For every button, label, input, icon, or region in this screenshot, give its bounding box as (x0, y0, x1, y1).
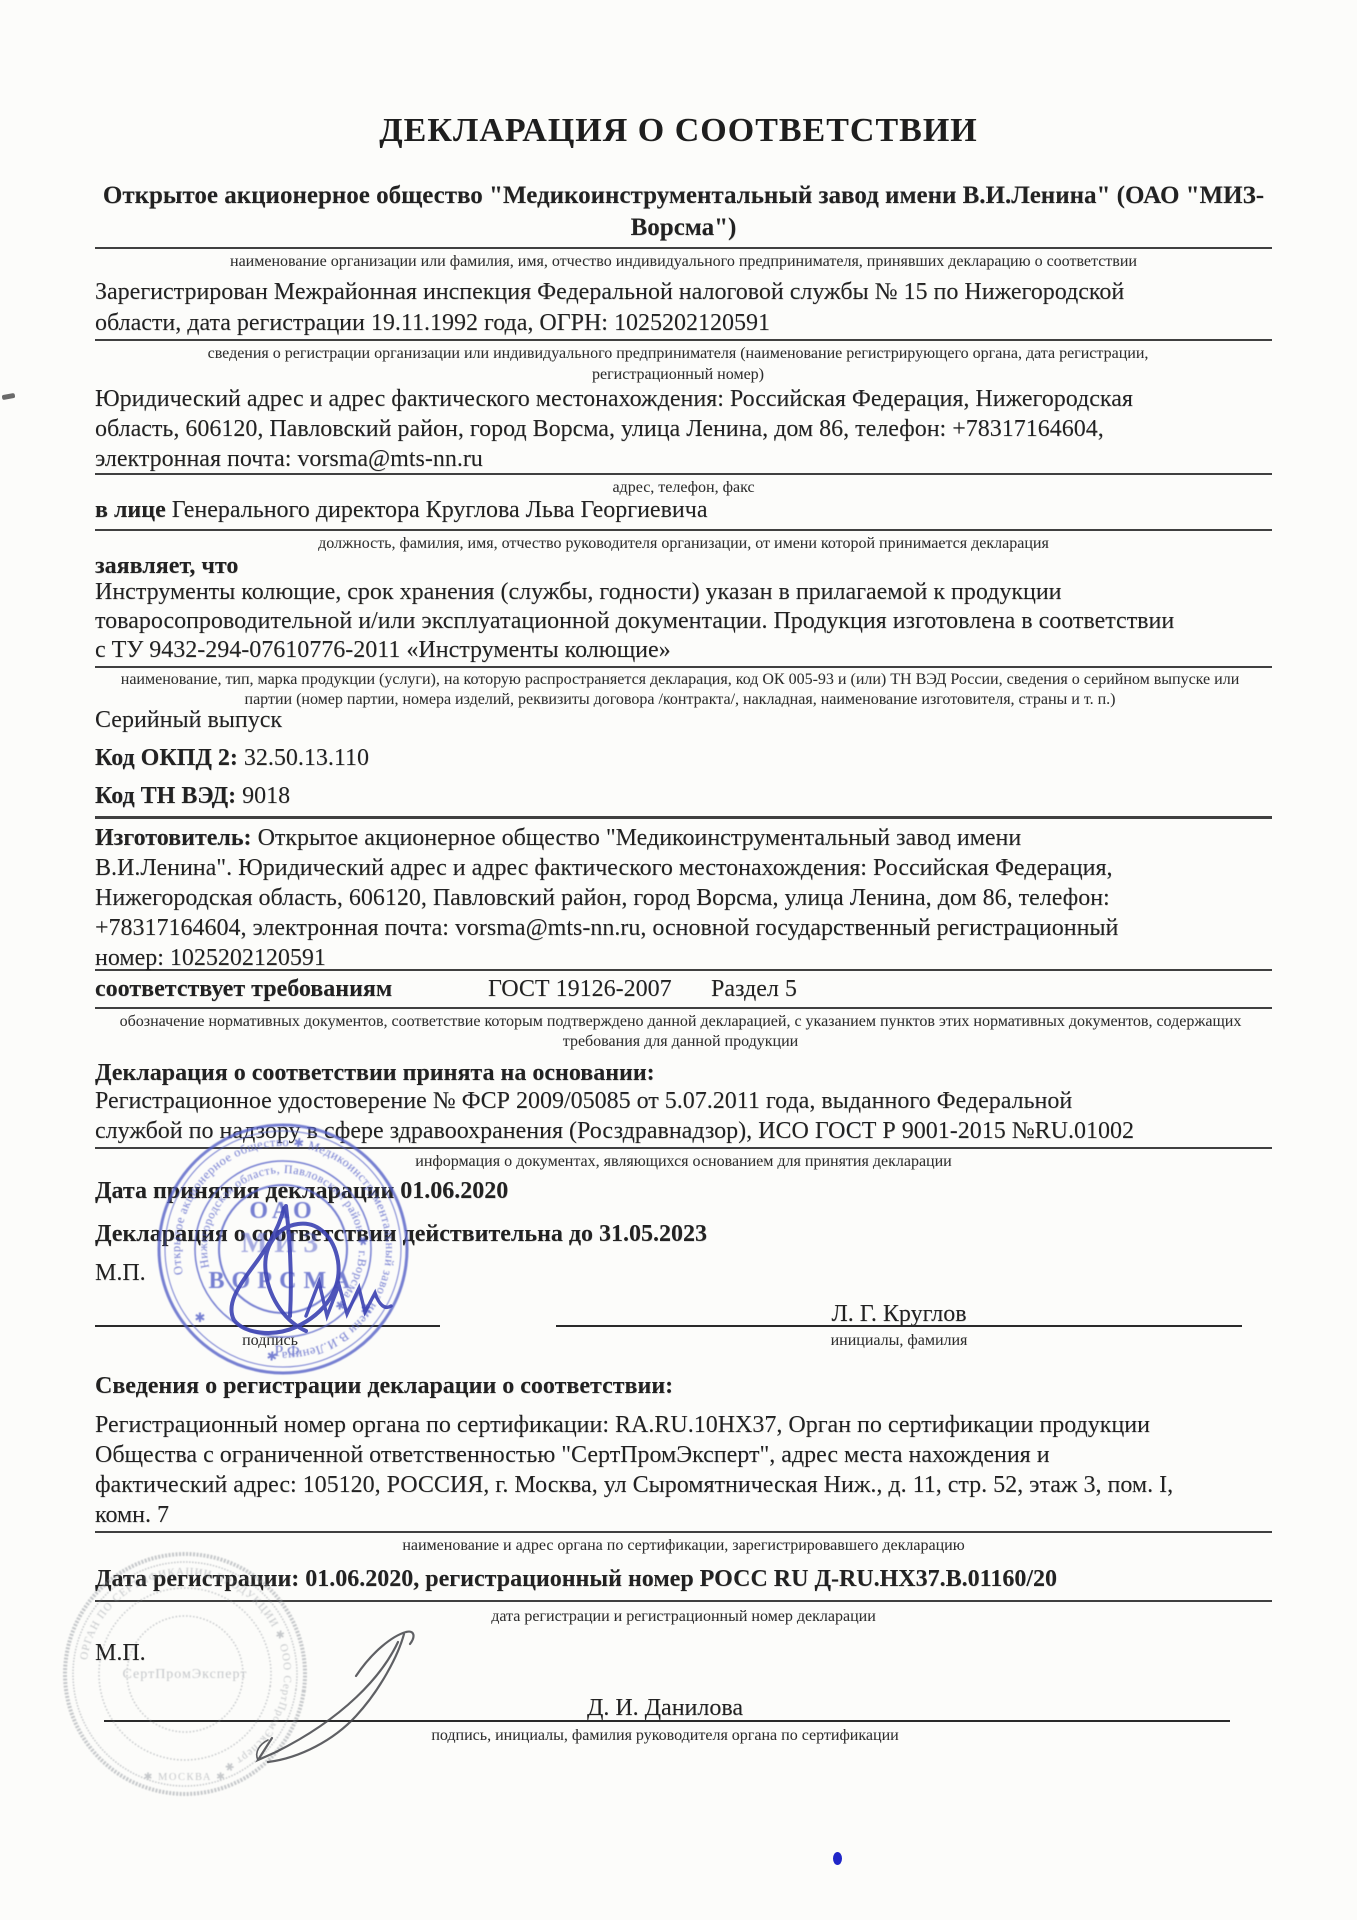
legal-address-text: Юридический адрес и адрес фактического м… (95, 384, 1175, 474)
signature-line-bottom (104, 1720, 1230, 1722)
document-title: ДЕКЛАРАЦИЯ О СООТВЕТСТВИИ (0, 112, 1357, 150)
scan-artifact-dash (2, 393, 16, 400)
registration-field-caption: сведения о регистрации организации или и… (158, 343, 1198, 385)
manufacturer-label: Изготовитель: (95, 825, 252, 851)
separator-line (95, 816, 1272, 819)
manufacturer-paragraph: Изготовитель: Открытое акционерное общес… (95, 823, 1155, 973)
head-name-caption: инициалы, фамилия (556, 1330, 1242, 1351)
valid-until-line: Декларация о соответствии действительна … (95, 1219, 1095, 1249)
tnved-code-line: Код ТН ВЭД: 9018 (95, 781, 895, 811)
blue-stamp-star-left: ✱ (195, 1310, 206, 1325)
complies-section: Раздел 5 (711, 974, 797, 1004)
declares-label: заявляет, что (95, 551, 695, 581)
declaration-document: ДЕКЛАРАЦИЯ О СООТВЕТСТВИИ Открытое акцио… (0, 0, 1357, 1920)
separator-line (95, 666, 1272, 668)
separator-line (95, 1147, 1272, 1149)
okpd-code-line: Код ОКПД 2: 32.50.13.110 (95, 743, 895, 773)
complies-label: соответствует требованиям (95, 974, 392, 1004)
certification-body-text: Регистрационный номер органа по сертифик… (95, 1410, 1175, 1530)
separator-line (95, 1600, 1272, 1602)
okpd-value: 32.50.13.110 (244, 745, 369, 771)
stamp-place-mark-1: М.П. (95, 1258, 295, 1288)
stamp-place-mark-2: М.П. (95, 1638, 295, 1668)
declarant-org-name: Открытое акционерное общество "Медикоинс… (95, 180, 1272, 244)
separator-line (95, 339, 1272, 341)
separator-line (95, 1531, 1272, 1533)
signature-line-right (556, 1325, 1242, 1327)
in-person-label: в лице (95, 497, 166, 523)
in-person-line: в лице Генерального директора Круглова Л… (95, 495, 1195, 525)
product-field-caption: наименование, тип, марка продукции (услу… (100, 670, 1260, 710)
certification-body-caption: наименование и адрес органа по сертифика… (95, 1535, 1272, 1556)
blue-stamp-star-right: ✱ (361, 1302, 372, 1317)
cert-head-name: Д. И. Данилова (340, 1693, 990, 1723)
complies-standard: ГОСТ 19126-2007 (488, 974, 672, 1004)
serial-issue-text: Серийный выпуск (95, 705, 695, 735)
tnved-label: Код ТН ВЭД: (95, 783, 236, 809)
product-description: Инструменты колющие, срок хранения (служ… (95, 578, 1175, 665)
registration-info-heading: Сведения о регистрации декларации о соот… (95, 1371, 1095, 1401)
separator-line (95, 969, 1272, 971)
separator-line (95, 473, 1272, 475)
registration-date-caption: дата регистрации и регистрационный номер… (95, 1606, 1272, 1627)
okpd-label: Код ОКПД 2: (95, 745, 238, 771)
registration-text: Зарегистрирован Межрайонная инспекция Фе… (95, 277, 1155, 339)
signature-line-left (95, 1325, 440, 1327)
registration-date-line: Дата регистрации: 01.06.2020, регистраци… (95, 1564, 1195, 1594)
in-person-value: Генерального директора Круглова Льва Гео… (172, 497, 708, 523)
separator-line (95, 529, 1272, 531)
complies-field-caption: обозначение нормативных документов, соот… (98, 1012, 1263, 1052)
ink-dot (833, 1852, 842, 1865)
org-field-caption: наименование организации или фамилия, им… (95, 251, 1272, 272)
separator-line (95, 247, 1272, 249)
adoption-date-line: Дата принятия декларации 01.06.2020 (95, 1176, 995, 1206)
gray-stamp-moscow-text: ✱ МОСКВА ✱ (144, 1771, 227, 1783)
basis-field-caption: информация о документах, являющихся осно… (95, 1151, 1272, 1172)
tnved-value: 9018 (242, 783, 290, 809)
gray-stamp-center-text: СертПромЭксперт (123, 1667, 248, 1682)
signature-caption: подпись (150, 1330, 390, 1351)
cert-head-caption: подпись, инициалы, фамилия руководителя … (340, 1725, 990, 1746)
basis-heading: Декларация о соответствии принята на осн… (95, 1058, 995, 1088)
basis-text: Регистрационное удостоверение № ФСР 2009… (95, 1086, 1155, 1146)
separator-line (95, 1007, 1272, 1009)
